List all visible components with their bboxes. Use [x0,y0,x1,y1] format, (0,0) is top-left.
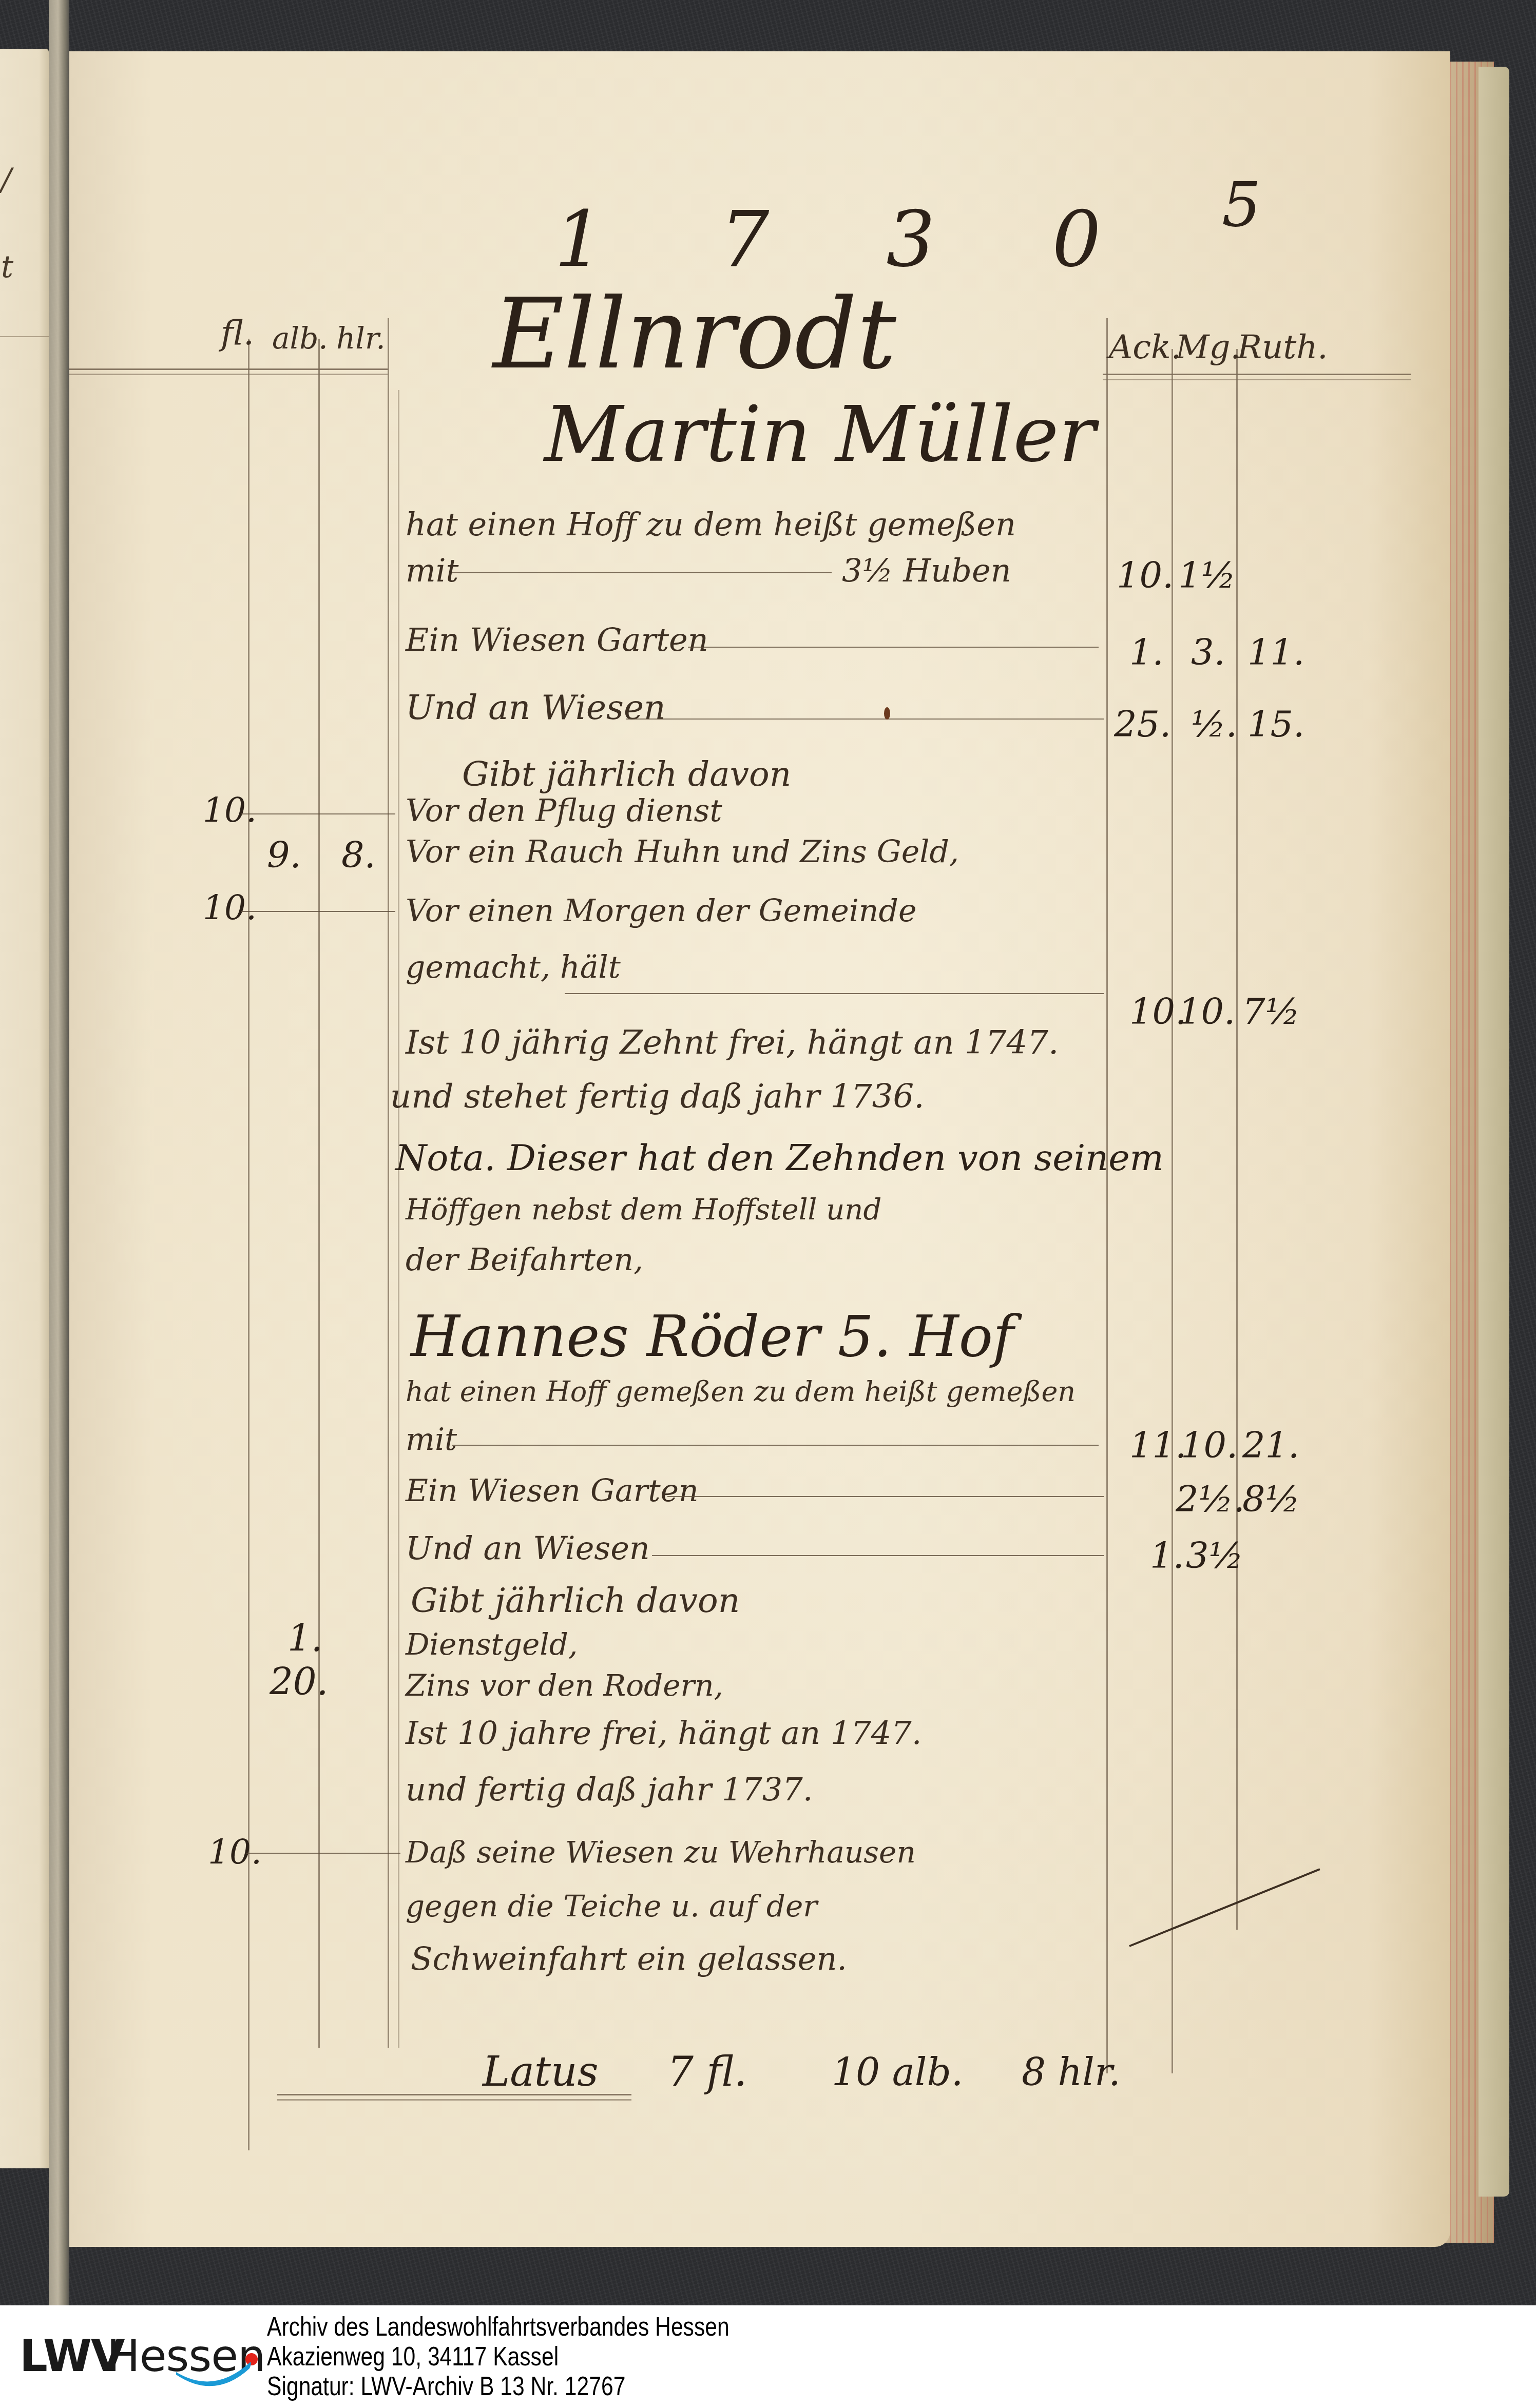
header-hlr: hlr. [336,321,386,356]
ink-stain [884,707,890,720]
note-line: der Beifahrten, [406,1242,643,1278]
due-text: gemacht, hält [406,949,621,985]
holding-text: hat einen Hoff gemeßen zu dem heißt geme… [406,1375,1076,1408]
acker-value: 10. [1117,554,1174,596]
place-heading: Ellnrodt [493,277,896,391]
header-ruthen: Ruth. [1237,328,1328,366]
leader-line [667,1496,1104,1497]
header-morgen: Mg. [1176,328,1241,366]
leader-line [652,1555,1104,1556]
left-header-rule [69,374,388,375]
morgen-value: 10. [1178,991,1235,1033]
leader-line [452,572,832,573]
hlr-value: 10. [208,1832,262,1872]
holding-text: hat einen Hoff zu dem heißt gemeßen [406,506,1016,543]
facing-page-ink-mark: t [1,249,13,285]
holding-text: Ein Wiesen Garten [406,621,708,658]
acker-value: 1. [1129,631,1164,673]
acker-value: 25. [1114,703,1171,745]
morgen-value: 3½ [1186,1535,1243,1577]
morgen-value: ½. [1191,703,1237,745]
latus-hlr: 8 hlr. [1022,2050,1121,2094]
left-header-rule [69,368,388,370]
leader-line [241,813,395,814]
total-rule [277,2099,631,2101]
acker-value: 1. [1150,1535,1184,1577]
logo-blue-swoosh-icon [174,2359,256,2395]
right-header-rule [1103,374,1411,375]
right-header-rule [1103,379,1411,380]
dues-heading: Gibt jährlich davon [462,754,791,794]
ruthen-value: 11. [1247,631,1304,673]
acker-column-divider [1106,318,1108,2073]
alb-column-divider [318,339,320,2048]
facing-page-rule [0,336,49,337]
leader-line [688,647,1099,648]
note-line: Ist 10 jährig Zehnt frei, hängt an 1747. [406,1024,1059,1062]
entry-owner-name: Martin Müller [544,390,1096,479]
hlr-value: 10. [203,790,257,830]
lwv-hessen-logo: LWV Hessen [20,2331,245,2392]
ruthen-value: 15. [1247,703,1304,745]
page-number: 5 [1222,169,1261,241]
latus-fl: 7 fl. [667,2048,747,2095]
ruthen-column-divider [1236,349,1238,1930]
alb-value: 9. [267,834,301,876]
hlr-value: 10. [203,888,257,927]
due-text: gegen die Teiche u. auf der [406,1889,817,1924]
due-text: Vor einen Morgen der Gemeinde [406,893,916,929]
morgen-value: 2½. [1176,1478,1245,1520]
note-line: Höffgen nebst dem Hoffstell und [406,1193,881,1227]
archive-address: Akazienweg 10, 34117 Kassel [267,2342,729,2372]
leader-line [452,1445,1099,1446]
text-margin-rule [398,390,399,2048]
archive-signature: Signatur: LWV-Archiv B 13 Nr. 12767 [267,2372,729,2401]
due-text: Dienstgeld, [406,1627,578,1662]
leader-line [565,993,1104,994]
leader-line [626,718,1104,720]
glass-plate-edge [49,0,69,2305]
due-text: Vor den Pflug dienst [406,793,722,829]
entry-owner-name: Hannes Röder 5. Hof [411,1304,1014,1369]
hlr-value: 8. [341,834,376,876]
holding-text: Und an Wiesen [406,1529,650,1567]
leader-line [241,911,395,912]
ruthen-value: 7½ [1242,991,1300,1033]
note-line: und stehet fertig daß jahr 1736. [390,1078,925,1116]
morgen-value: 1½ [1178,554,1236,596]
latus-label: Latus [483,2048,599,2095]
holding-text: Ein Wiesen Garten [406,1473,699,1509]
note-line: Nota. Dieser hat den Zehnden von seinem [395,1137,1164,1179]
alb-value: 1. [287,1617,323,1660]
dues-heading: Gibt jährlich davon [411,1581,740,1620]
holding-measure-note: 3½ Huben [842,552,1011,589]
latus-alb: 10 alb. [832,2050,963,2094]
ruthen-value: 21. [1242,1424,1299,1466]
morgen-value: 3. [1191,631,1225,673]
header-fl: fl. [221,313,254,353]
holding-text: mit [406,1422,457,1458]
morgen-value: 10. [1181,1424,1238,1466]
holding-text: mit [406,552,459,589]
holding-text: Und an Wiesen [406,688,665,727]
note-line: Ist 10 jahre frei, hängt an 1747. [406,1714,921,1752]
morgen-column-divider [1172,349,1173,2073]
due-text: Vor ein Rauch Huhn und Zins Geld, [406,834,959,870]
acker-value: 11. [1129,1424,1186,1466]
header-acker: Ack. [1109,328,1181,366]
fl-column-divider [248,339,249,2150]
due-text: Schweinfahrt ein gelassen. [411,1940,847,1977]
archive-info: Archiv des Landeswohlfahrtsverbandes Hes… [267,2312,729,2401]
vellum-cover-edge [1479,67,1509,2197]
note-line: und fertig daß jahr 1737. [406,1771,813,1808]
leader-line [246,1853,400,1854]
hlr-column-divider [388,318,389,2048]
header-alb: alb. [272,321,328,356]
facing-page-ink-mark: / [1,162,11,198]
ruthen-value: 8½ [1242,1478,1300,1520]
due-text: Daß seine Wiesen zu Wehrhausen [406,1835,916,1870]
due-text: Zins vor den Rodern, [406,1668,723,1703]
facing-page-edge: / t [0,49,49,2168]
archive-name: Archiv des Landeswohlfahrtsverbandes Hes… [267,2312,729,2342]
ledger-year: 1 7 3 0 [554,195,1147,284]
alb-value: 20. [270,1660,329,1703]
